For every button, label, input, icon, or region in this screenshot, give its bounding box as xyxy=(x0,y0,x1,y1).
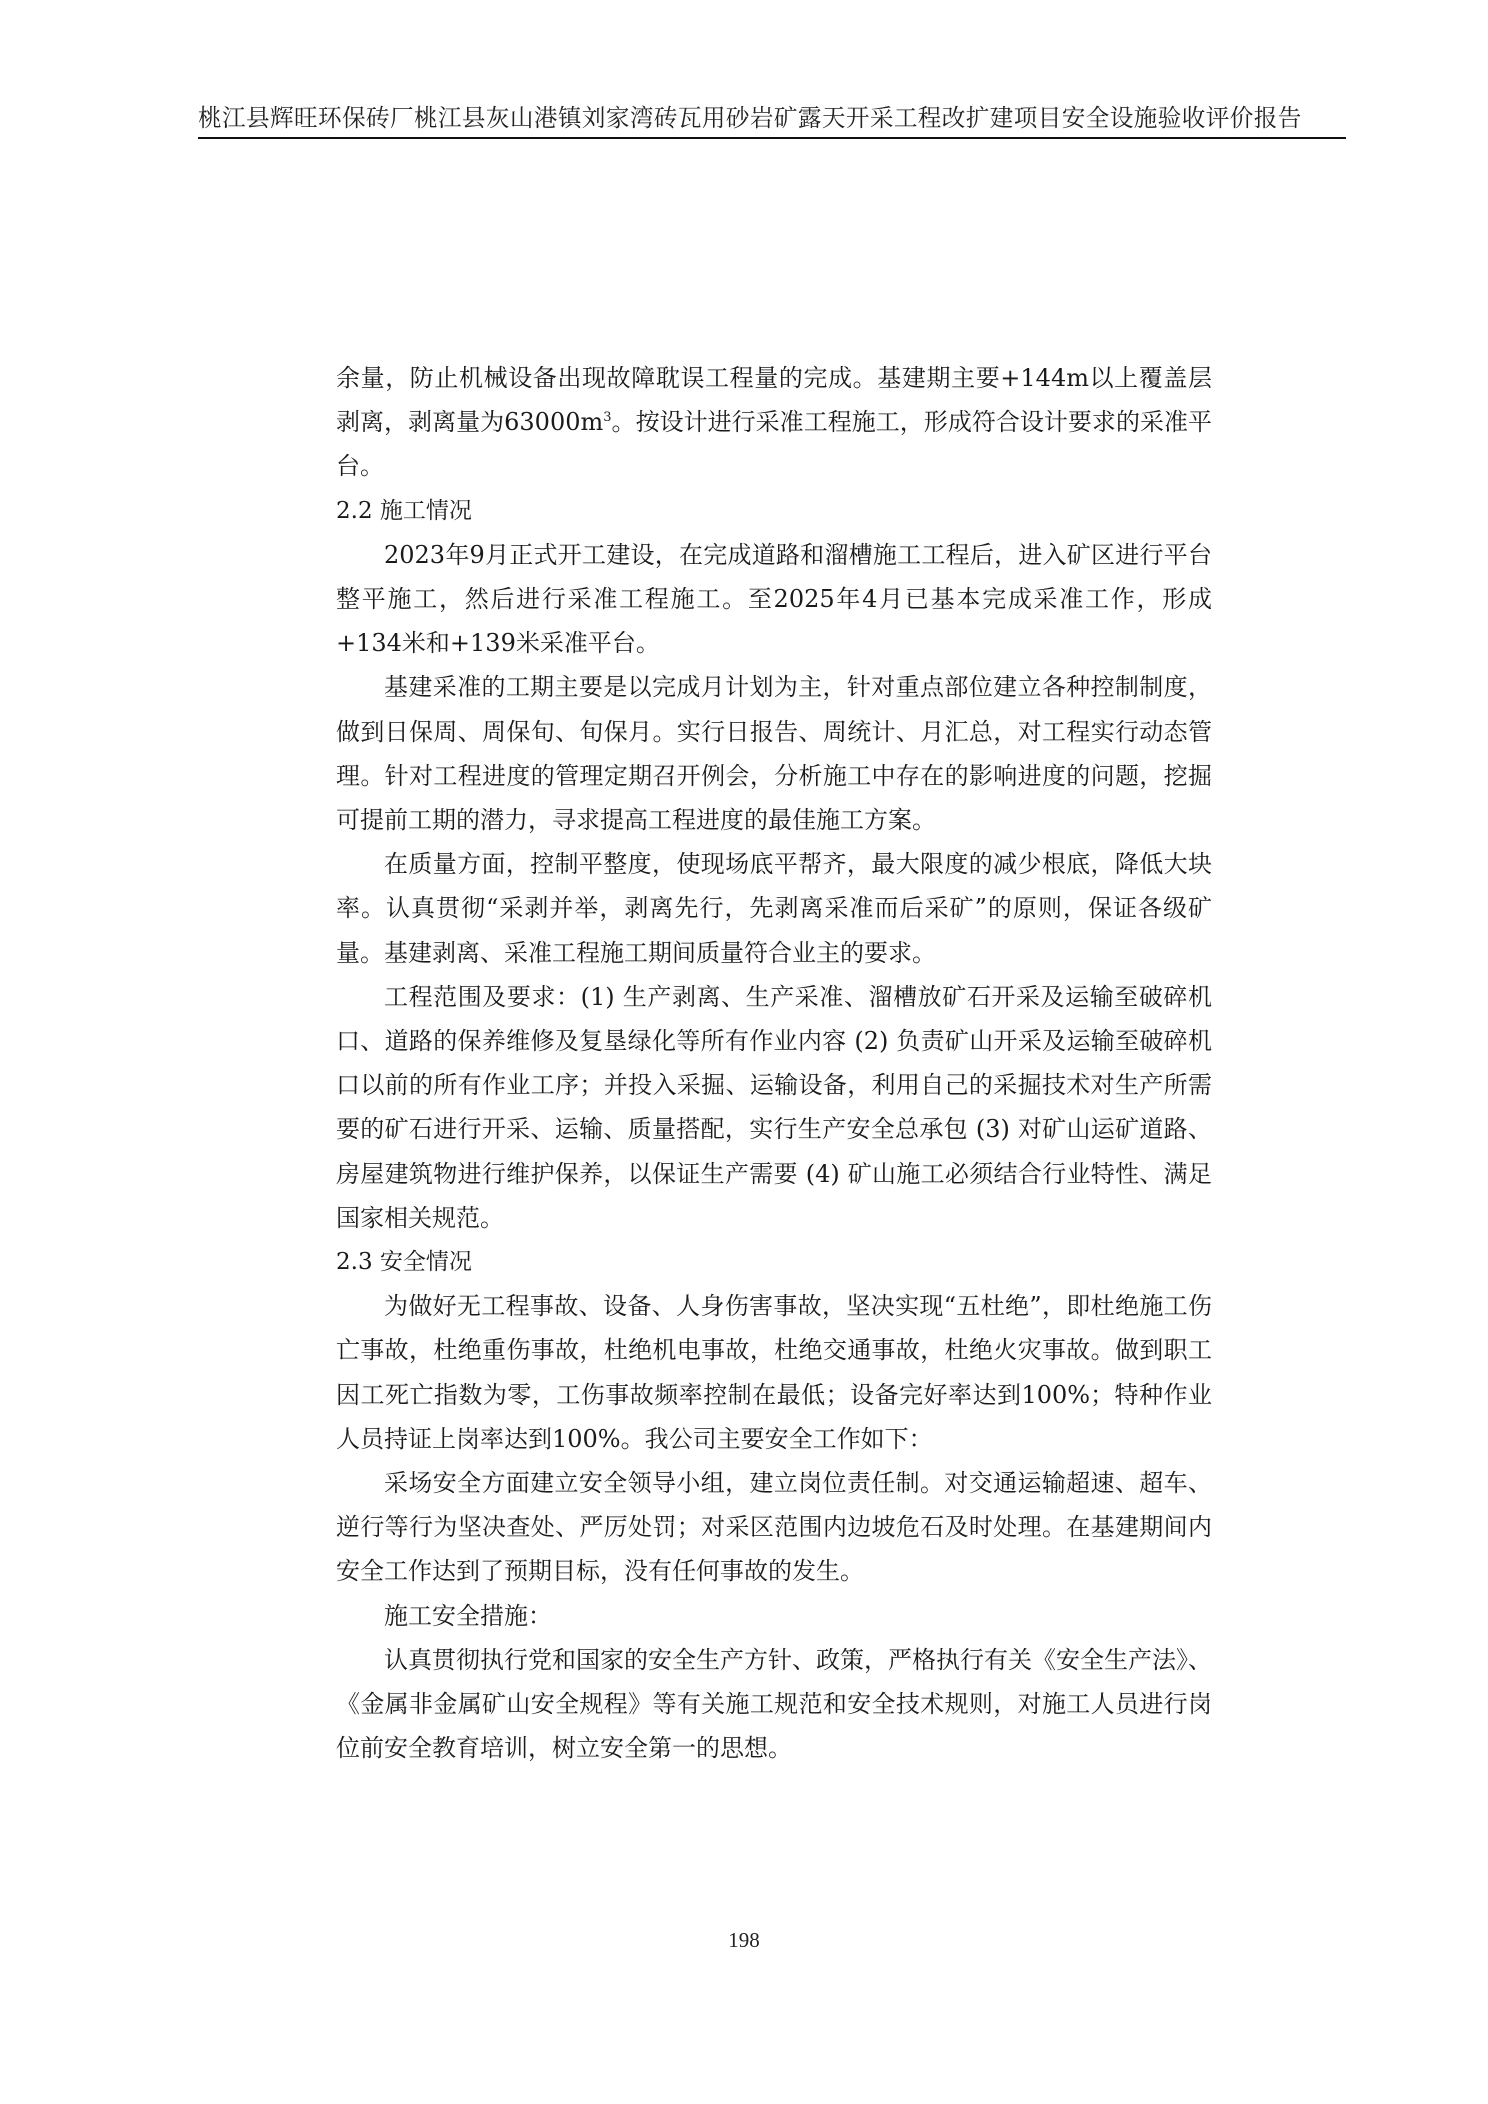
paragraph: 在质量方面，控制平整度，使现场底平帮齐，最大限度的减少根底，降低大块率。认真贯彻… xyxy=(336,842,1212,975)
paragraph: 采场安全方面建立安全领导小组，建立岗位责任制。对交通运输超速、超车、逆行等行为坚… xyxy=(336,1461,1212,1594)
header-rule xyxy=(198,137,1346,139)
running-header: 桃江县辉旺环保砖厂桃江县灰山港镇刘家湾砖瓦用砂岩矿露天开采工程改扩建项目安全设施… xyxy=(198,104,1346,132)
section-heading-2-2: 2.2 施工情况 xyxy=(336,489,1212,533)
paragraph: 工程范围及要求：(1) 生产剥离、生产采准、溜槽放矿石开采及运输至破碎机口、道路… xyxy=(336,975,1212,1240)
paragraph-continuation: 余量，防止机械设备出现故障耽误工程量的完成。基建期主要+144m以上覆盖层剥离，… xyxy=(336,356,1212,489)
paragraph: 认真贯彻执行党和国家的安全生产方针、政策，严格执行有关《安全生产法》、《金属非金… xyxy=(336,1638,1212,1771)
paragraph: 2023年9月正式开工建设，在完成道路和溜槽施工工程后，进入矿区进行平台整平施工… xyxy=(336,533,1212,666)
paragraph: 为做好无工程事故、设备、人身伤害事故，坚决实现“五杜绝”，即杜绝施工伤亡事故，杜… xyxy=(336,1284,1212,1461)
paragraph: 基建采准的工期主要是以完成月计划为主，针对重点部位建立各种控制制度，做到日保周、… xyxy=(336,665,1212,842)
superscript: 3 xyxy=(603,410,611,425)
body-text: 余量，防止机械设备出现故障耽误工程量的完成。基建期主要+144m以上覆盖层剥离，… xyxy=(336,356,1212,1771)
page-number: 198 xyxy=(0,1928,1488,1953)
paragraph: 施工安全措施： xyxy=(336,1594,1212,1638)
section-heading-2-3: 2.3 安全情况 xyxy=(336,1240,1212,1284)
